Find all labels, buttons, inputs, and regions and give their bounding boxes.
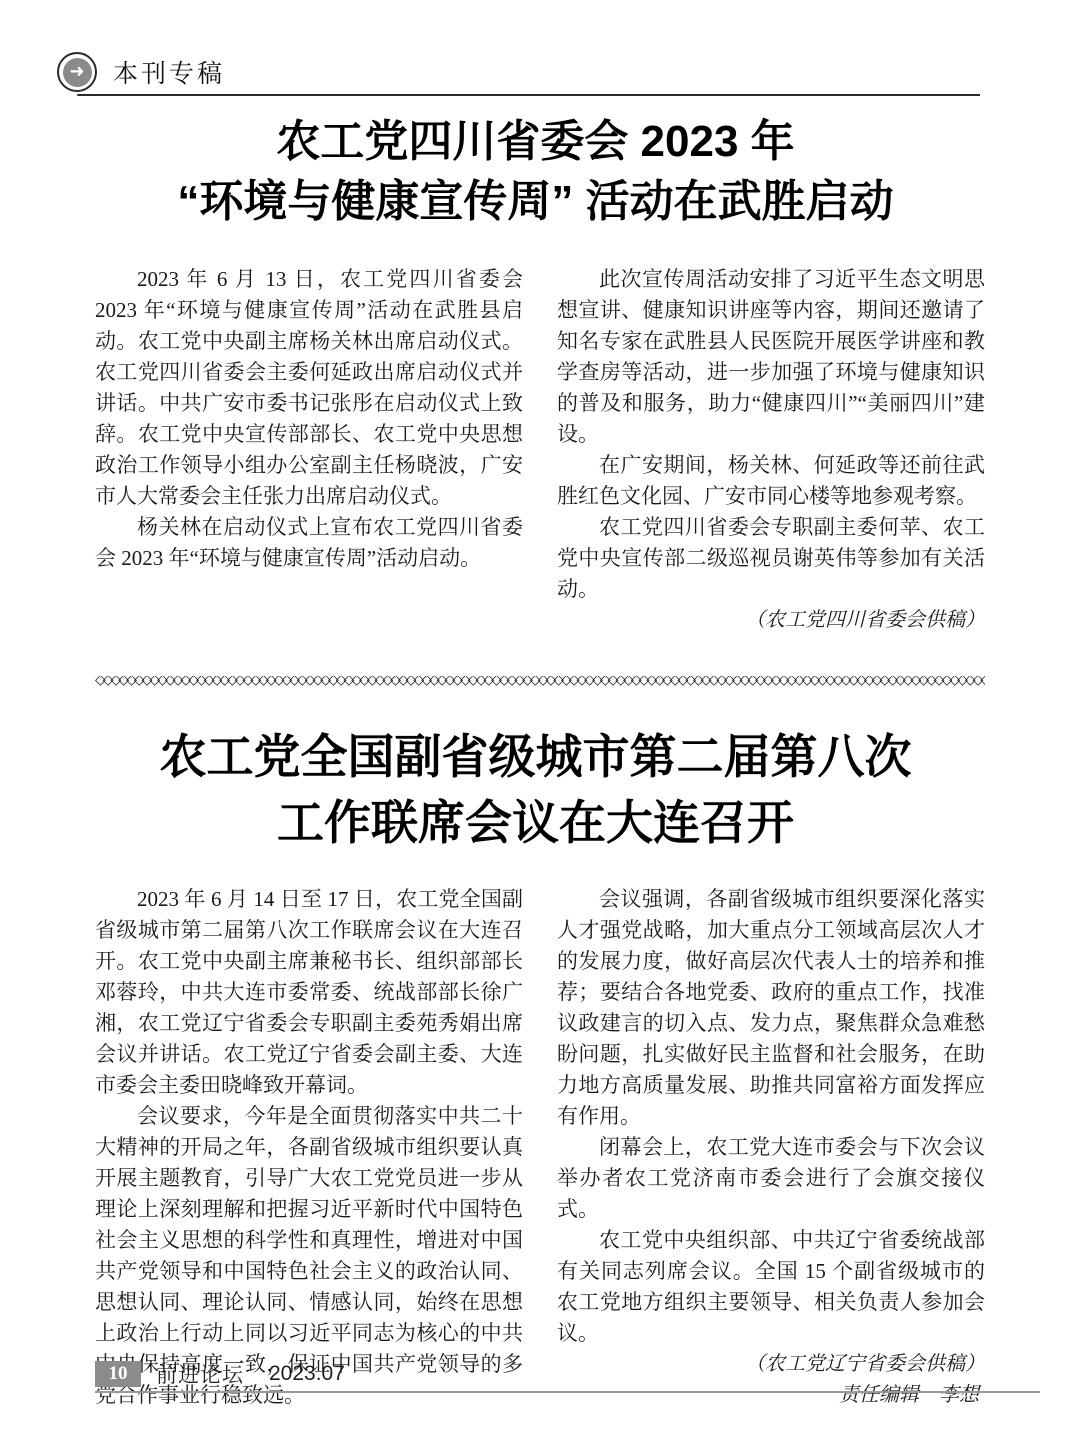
article-2-body: 2023 年 6 月 14 日至 17 日，农工党全国副省级城市第二届第八次工作… [95, 884, 985, 1411]
article-1-attribution: （农工党四川省委会供稿） [557, 605, 985, 636]
article-1-body: 2023 年 6 月 13 日，农工党四川省委会 2023 年“环境与健康宣传周… [95, 264, 985, 636]
article-2-title-line-2: 工作联席会议在大连召开 [0, 790, 1071, 856]
page-number-badge: 10 [95, 1361, 141, 1387]
paragraph: 杨关林在启动仪式上宣布农工党四川省委会 2023 年“环境与健康宣传周”活动启动… [95, 512, 523, 574]
paragraph: 2023 年 6 月 13 日，农工党四川省委会 2023 年“环境与健康宣传周… [95, 264, 523, 512]
paragraph: 会议强调，各副省级城市组织要深化落实人才强党战略，加大重点分工领域高层次人才的发… [557, 884, 985, 1132]
footer-rule [95, 1391, 1040, 1393]
article-2-title-line-1: 农工党全国副省级城市第二届第八次 [0, 724, 1071, 790]
paragraph: 此次宣传周活动安排了习近平生态文明思想宣讲、健康知识讲座等内容，期间还邀请了知名… [557, 264, 985, 450]
diamond-chain-divider: ◇◇◇◇◇◇◇◇◇◇◇◇◇◇◇◇◇◇◇◇◇◇◇◇◇◇◇◇◇◇◇◇◇◇◇◇◇◇◇◇… [95, 676, 985, 688]
issue-date: 2023.07 [269, 1362, 345, 1386]
header-rule [77, 94, 980, 96]
article-1-title: 农工党四川省委会 2023 年 “环境与健康宣传周” 活动在武胜启动 [0, 112, 1071, 232]
article-1-title-line-1: 农工党四川省委会 2023 年 [0, 112, 1071, 172]
paragraph: 农工党四川省委会专职副主委何苹、农工党中央宣传部二级巡视员谢英伟等参加有关活动。 [557, 512, 985, 605]
page-footer: 10 前进论坛 2023.07 [95, 1360, 1040, 1393]
article-1-left-column: 2023 年 6 月 13 日，农工党四川省委会 2023 年“环境与健康宣传周… [95, 264, 523, 636]
paragraph: 2023 年 6 月 14 日至 17 日，农工党全国副省级城市第二届第八次工作… [95, 884, 523, 1101]
paragraph: 在广安期间，杨关林、何延政等还前往武胜红色文化园、广安市同心楼等地参观考察。 [557, 450, 985, 512]
article-1-right-column: 此次宣传周活动安排了习近平生态文明思想宣讲、健康知识讲座等内容，期间还邀请了知名… [557, 264, 985, 636]
journal-name: 前进论坛 [156, 1359, 244, 1389]
section-label: 本刊专稿 [113, 54, 225, 90]
page-header: ➜ 本刊专稿 [0, 0, 1071, 96]
article-2: 农工党全国副省级城市第二届第八次 工作联席会议在大连召开 2023 年 6 月 … [0, 724, 1071, 1411]
arrow-right-circle-icon: ➜ [63, 58, 92, 87]
article-1: 农工党四川省委会 2023 年 “环境与健康宣传周” 活动在武胜启动 2023 … [0, 112, 1071, 636]
article-1-title-line-2: “环境与健康宣传周” 活动在武胜启动 [0, 172, 1071, 232]
paragraph: 农工党中央组织部、中共辽宁省委统战部有关同志列席会议。全国 15 个副省级城市的… [557, 1225, 985, 1349]
paragraph: 闭幕会上，农工党大连市委会与下次会议举办者农工党济南市委会进行了会旗交接仪式。 [557, 1132, 985, 1225]
section-bullet-ring: ➜ [57, 52, 97, 92]
journal-page: ➜ 本刊专稿 农工党四川省委会 2023 年 “环境与健康宣传周” 活动在武胜启… [0, 0, 1071, 1454]
article-2-title: 农工党全国副省级城市第二届第八次 工作联席会议在大连召开 [0, 724, 1071, 856]
